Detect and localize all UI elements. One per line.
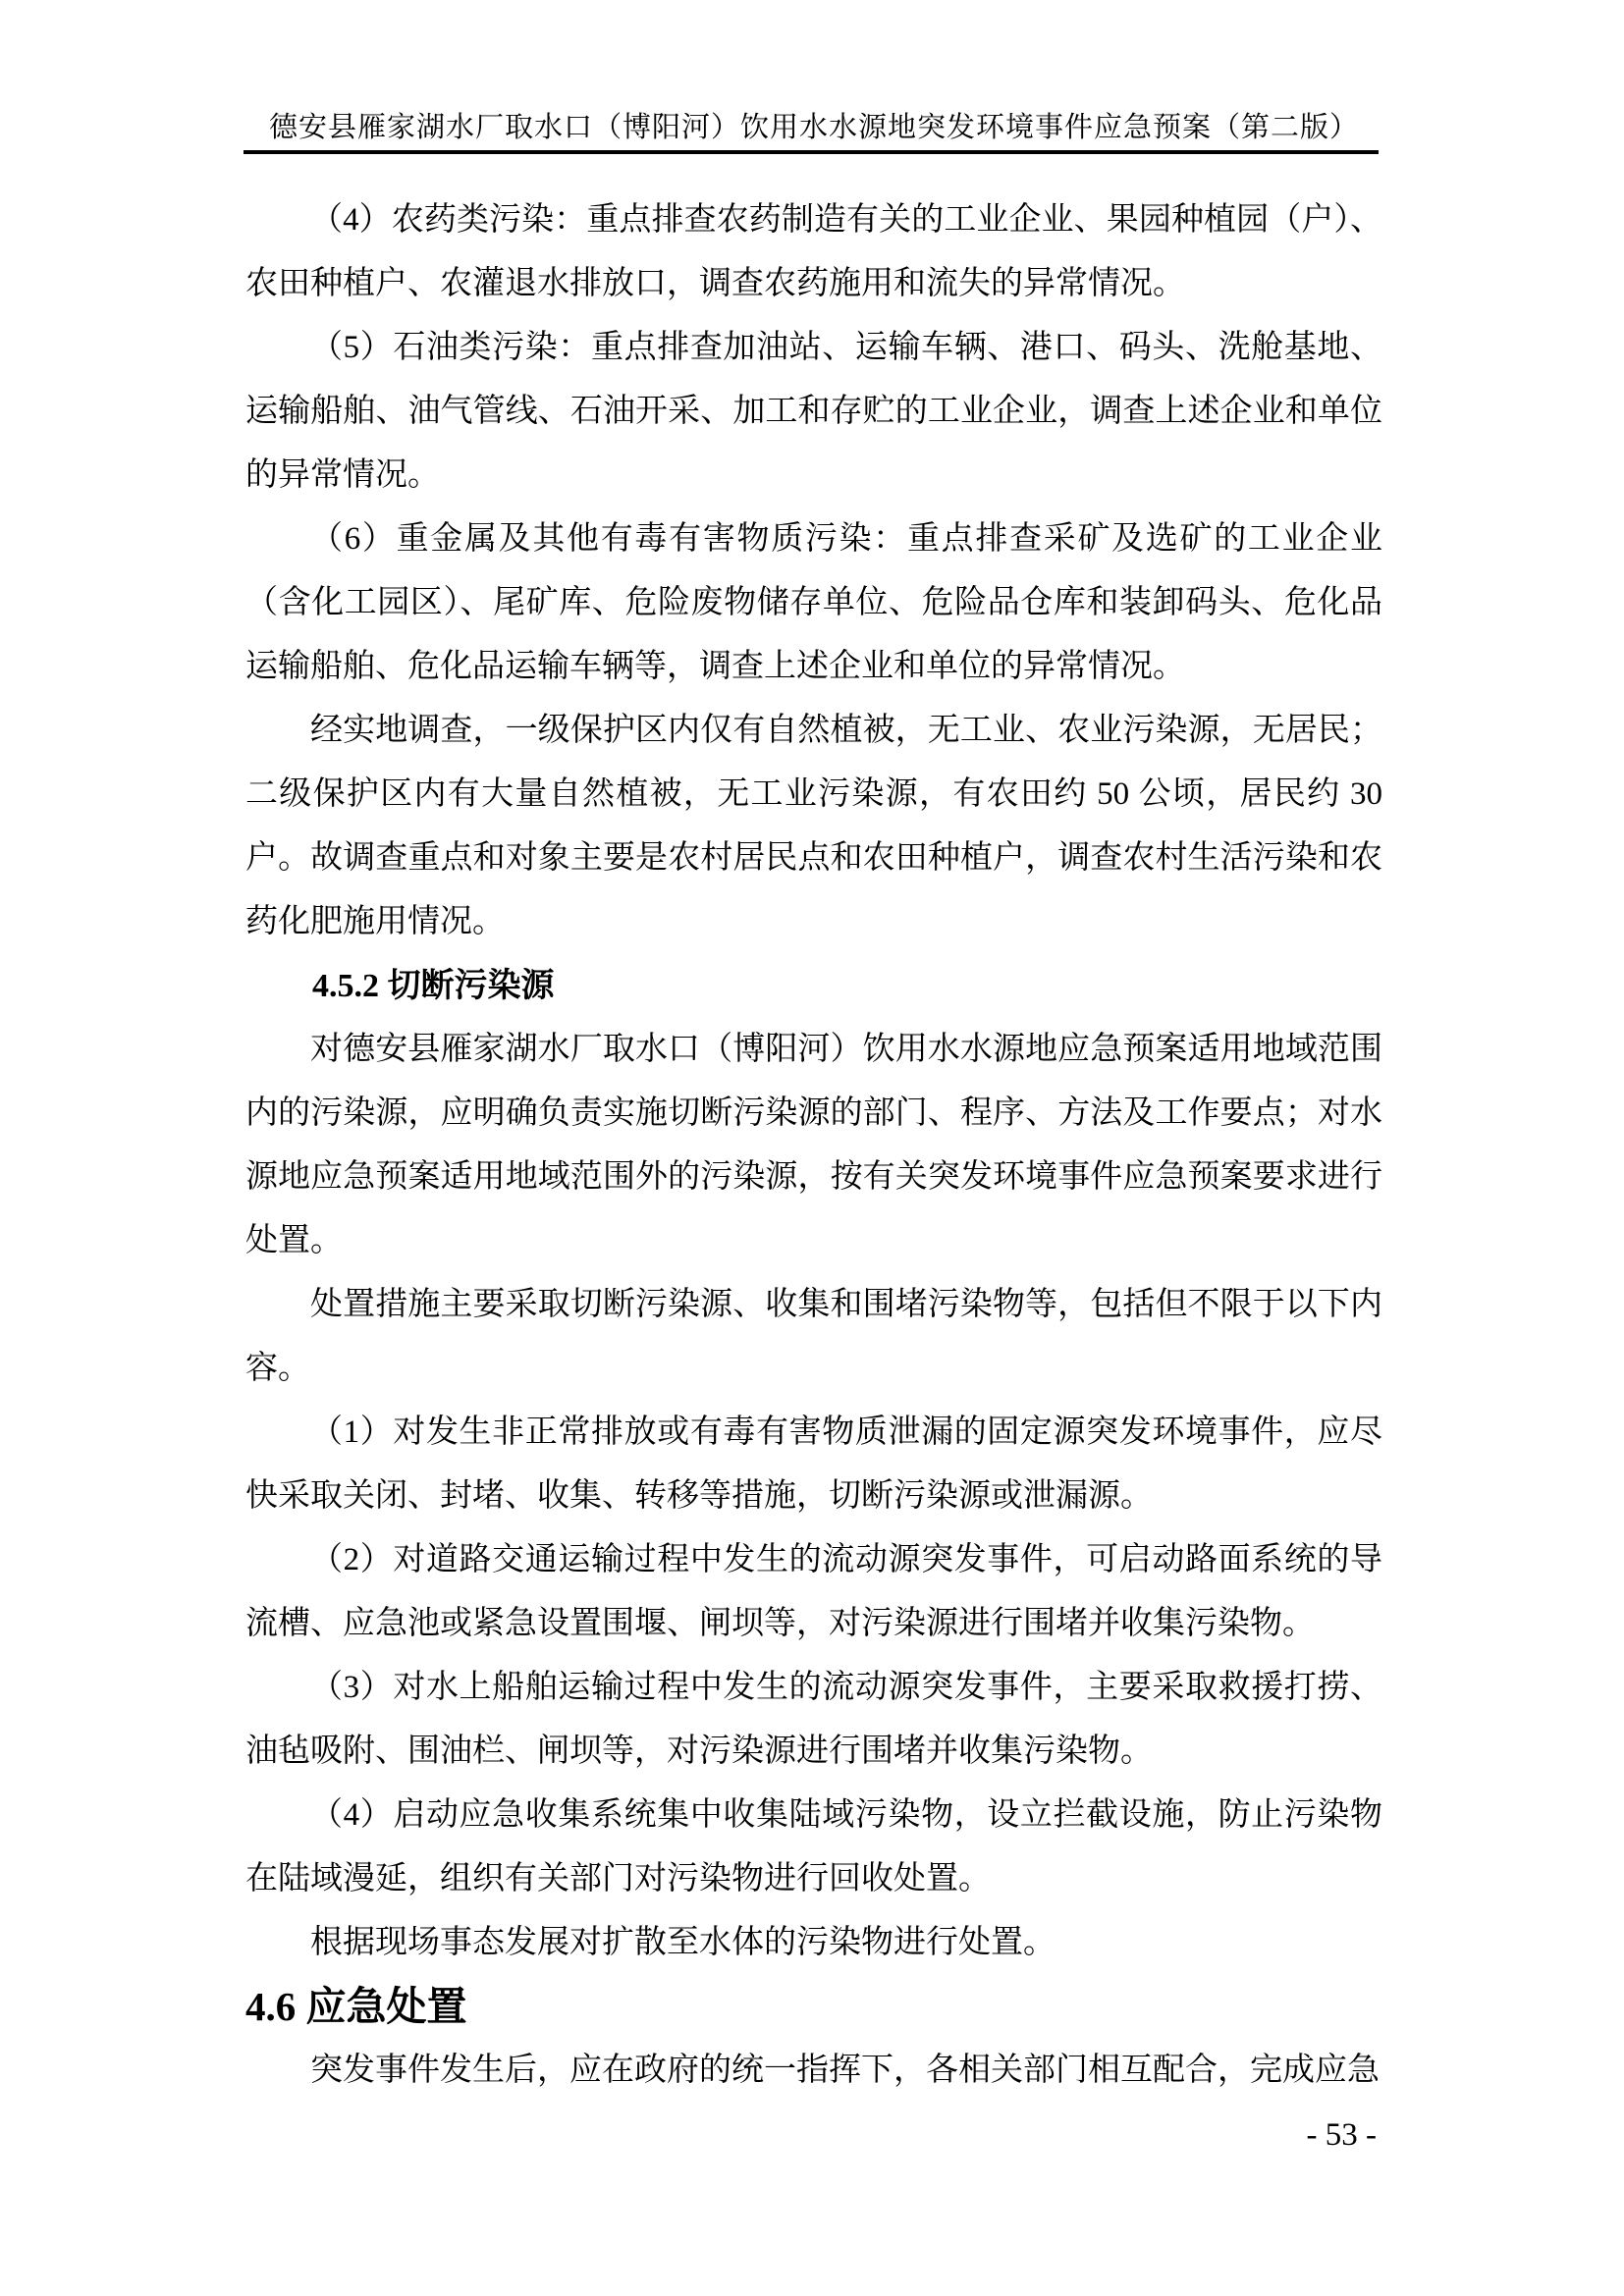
section-heading-4-6: 4.6 应急处置 <box>245 1975 1382 2039</box>
paragraph: （4）启动应急收集系统集中收集陆域污染物，设立拦截设施，防止污染物在陆域漫延，组… <box>245 1784 1382 1911</box>
paragraph: 突发事件发生后，应在政府的统一指挥下，各相关部门相互配合，完成应急 <box>245 2039 1382 2103</box>
paragraph: （5）石油类污染：重点排查加油站、运输车辆、港口、码头、洗舱基地、运输船舶、油气… <box>245 316 1382 507</box>
paragraph: 处置措施主要采取切断污染源、收集和围堵污染物等，包括但不限于以下内容。 <box>245 1273 1382 1401</box>
paragraph: （2）对道路交通运输过程中发生的流动源突发事件，可启动路面系统的导流槽、应急池或… <box>245 1528 1382 1656</box>
paragraph: 经实地调查，一级保护区内仅有自然植被，无工业、农业污染源，无居民；二级保护区内有… <box>245 699 1382 954</box>
header-divider-rule <box>244 150 1379 154</box>
paragraph: （4）农药类污染：重点排查农药制造有关的工业企业、果园种植园（户）、农田种植户、… <box>245 188 1382 316</box>
paragraph: （1）对发生非正常排放或有毒有害物质泄漏的固定源突发环境事件，应尽快采取关闭、封… <box>245 1401 1382 1528</box>
paragraph: 根据现场事态发展对扩散至水体的污染物进行处置。 <box>245 1911 1382 1975</box>
section-heading-4-5-2: 4.5.2 切断污染源 <box>245 954 1382 1018</box>
page-header-title: 德安县雁家湖水厂取水口（博阳河）饮用水水源地突发环境事件应急预案（第二版） <box>245 106 1382 149</box>
paragraph: 对德安县雁家湖水厂取水口（博阳河）饮用水水源地应急预案适用地域范围内的污染源，应… <box>245 1018 1382 1273</box>
paragraph: （6）重金属及其他有毒有害物质污染：重点排查采矿及选矿的工业企业（含化工园区）、… <box>245 507 1382 699</box>
page-number: - 53 - <box>245 2110 1377 2160</box>
document-body: （4）农药类污染：重点排查农药制造有关的工业企业、果园种植园（户）、农田种植户、… <box>245 188 1382 2103</box>
document-page: 德安县雁家湖水厂取水口（博阳河）饮用水水源地突发环境事件应急预案（第二版） （4… <box>0 0 1624 2296</box>
paragraph: （3）对水上船舶运输过程中发生的流动源突发事件，主要采取救援打捞、油毡吸附、围油… <box>245 1656 1382 1784</box>
